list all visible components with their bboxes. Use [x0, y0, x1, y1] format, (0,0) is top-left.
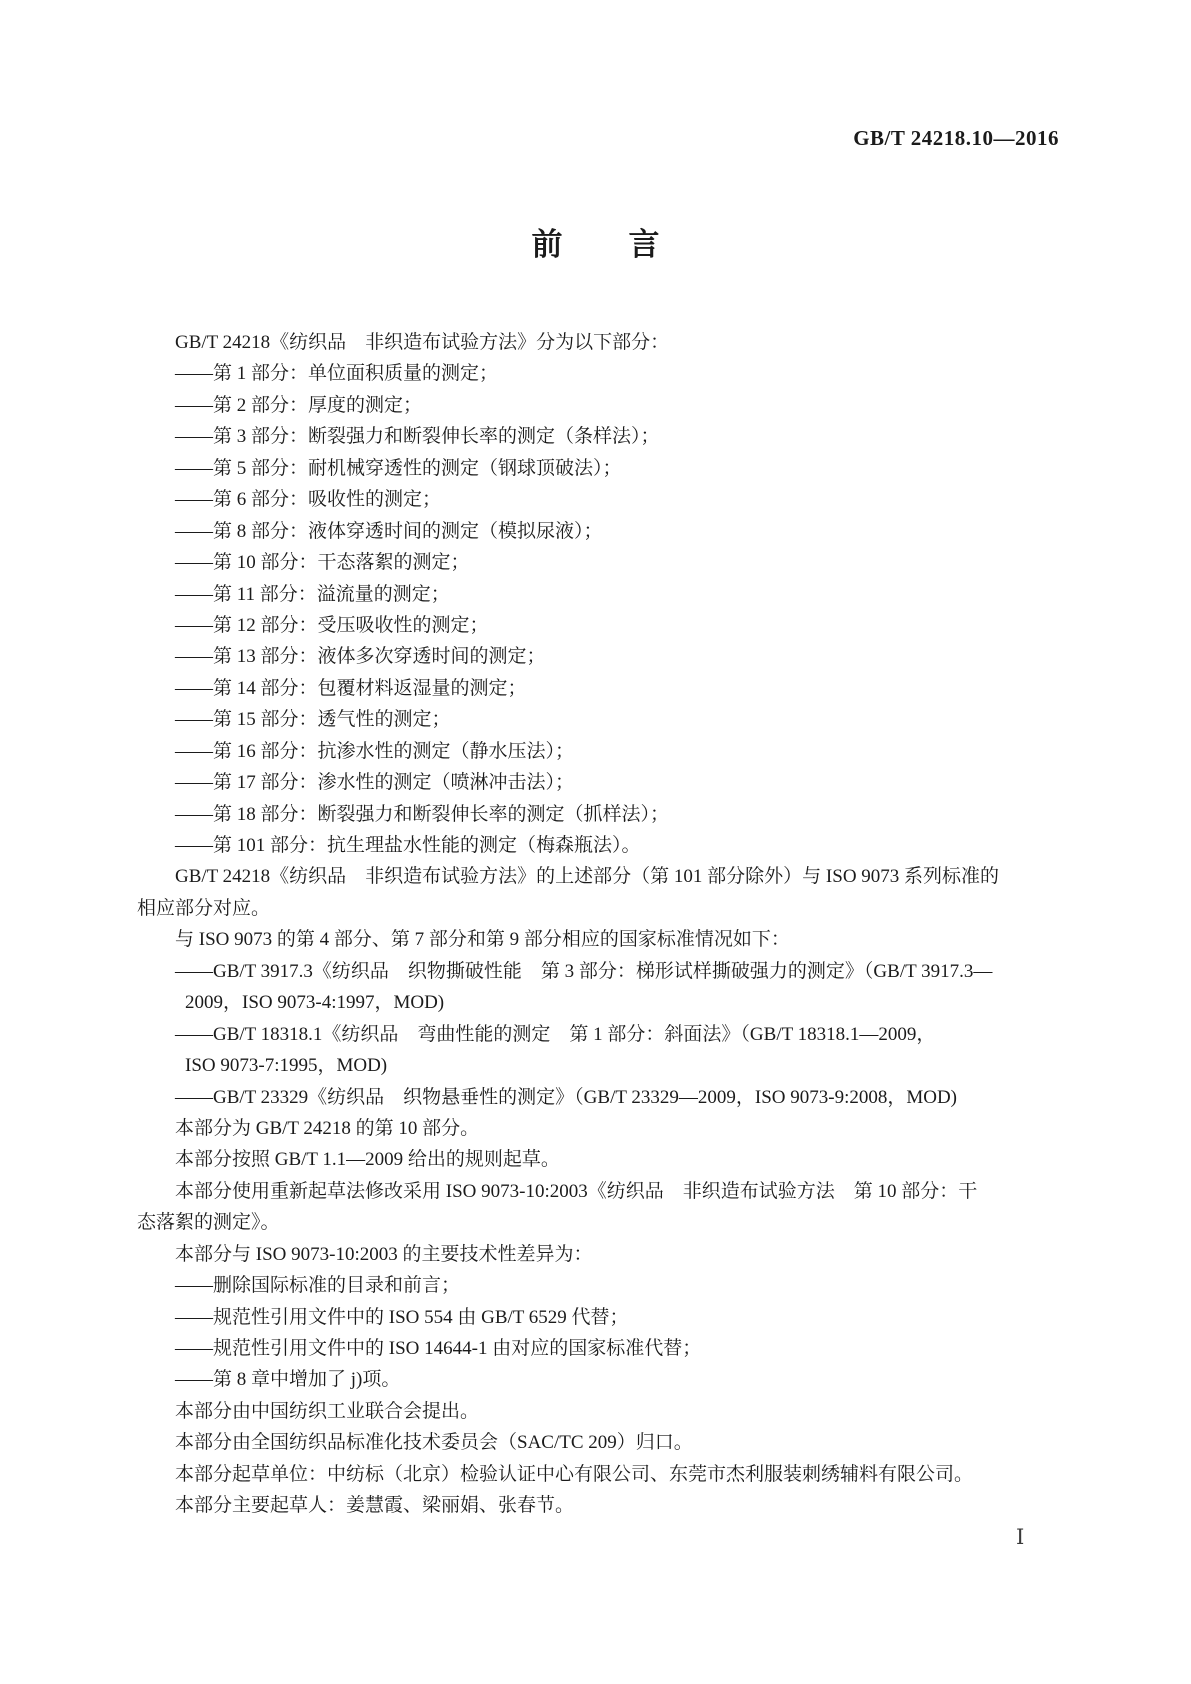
text-line: ——第 8 章中增加了 j)项。 — [137, 1364, 1062, 1395]
text-line: ——第 2 部分：厚度的测定； — [137, 390, 1062, 421]
page-title: 前言 — [0, 228, 1191, 262]
text-line: 2009，ISO 9073-4:1997，MOD) — [137, 987, 1062, 1018]
text-line: 本部分由中国纺织工业联合会提出。 — [137, 1396, 1062, 1427]
text-line: ——规范性引用文件中的 ISO 554 由 GB/T 6529 代替； — [137, 1302, 1062, 1333]
text-line: 本部分使用重新起草法修改采用 ISO 9073-10:2003《纺织品 非织造布… — [137, 1176, 1062, 1207]
text-line: ——第 18 部分：断裂强力和断裂伸长率的测定（抓样法）； — [137, 799, 1062, 830]
text-line: ISO 9073-7:1995，MOD) — [137, 1050, 1062, 1081]
text-line: 本部分由全国纺织品标准化技术委员会（SAC/TC 209）归口。 — [137, 1427, 1062, 1458]
text-line: ——第 11 部分：溢流量的测定； — [137, 579, 1062, 610]
text-line: 本部分主要起草人：姜慧霞、梁丽娟、张春节。 — [137, 1490, 1062, 1521]
text-line: GB/T 24218《纺织品 非织造布试验方法》的上述部分（第 101 部分除外… — [137, 861, 1062, 892]
text-line: ——GB/T 23329《纺织品 织物悬垂性的测定》（GB/T 23329—20… — [137, 1082, 1062, 1113]
text-line: ——第 10 部分：干态落絮的测定； — [137, 547, 1062, 578]
text-line: 本部分起草单位：中纺标（北京）检验认证中心有限公司、东莞市杰利服装刺绣辅料有限公… — [137, 1459, 1062, 1490]
document-page: GB/T 24218.10—2016 前言 GB/T 24218《纺织品 非织造… — [0, 0, 1191, 1684]
text-line: ——第 16 部分：抗渗水性的测定（静水压法）； — [137, 736, 1062, 767]
body-text: GB/T 24218《纺织品 非织造布试验方法》分为以下部分：——第 1 部分：… — [137, 327, 1062, 1522]
text-line: 与 ISO 9073 的第 4 部分、第 7 部分和第 9 部分相应的国家标准情… — [137, 924, 1062, 955]
text-line: ——第 8 部分：液体穿透时间的测定（模拟尿液）； — [137, 516, 1062, 547]
text-line: ——第 3 部分：断裂强力和断裂伸长率的测定（条样法）； — [137, 421, 1062, 452]
text-line: ——第 12 部分：受压吸收性的测定； — [137, 610, 1062, 641]
text-line: 相应部分对应。 — [137, 893, 1062, 924]
text-line: 本部分为 GB/T 24218 的第 10 部分。 — [137, 1113, 1062, 1144]
text-line: ——第 14 部分：包覆材料返湿量的测定； — [137, 673, 1062, 704]
standard-number: GB/T 24218.10—2016 — [853, 126, 1059, 151]
text-line: ——删除国际标准的目录和前言； — [137, 1270, 1062, 1301]
text-line: ——第 15 部分：透气性的测定； — [137, 704, 1062, 735]
text-line: 本部分与 ISO 9073-10:2003 的主要技术性差异为： — [137, 1239, 1062, 1270]
text-line: ——第 17 部分：渗水性的测定（喷淋冲击法）； — [137, 767, 1062, 798]
text-line: 本部分按照 GB/T 1.1—2009 给出的规则起草。 — [137, 1144, 1062, 1175]
text-line: ——规范性引用文件中的 ISO 14644-1 由对应的国家标准代替； — [137, 1333, 1062, 1364]
text-line: ——GB/T 18318.1《纺织品 弯曲性能的测定 第 1 部分：斜面法》（G… — [137, 1019, 1062, 1050]
text-line: ——第 6 部分：吸收性的测定； — [137, 484, 1062, 515]
text-line: ——第 5 部分：耐机械穿透性的测定（钢球顶破法）； — [137, 453, 1062, 484]
text-line: 态落絮的测定》。 — [137, 1207, 1062, 1238]
text-line: ——第 1 部分：单位面积质量的测定； — [137, 358, 1062, 389]
text-line: ——GB/T 3917.3《纺织品 织物撕破性能 第 3 部分：梯形试样撕破强力… — [137, 956, 1062, 987]
text-line: GB/T 24218《纺织品 非织造布试验方法》分为以下部分： — [137, 327, 1062, 358]
text-line: ——第 101 部分：抗生理盐水性能的测定（梅森瓶法）。 — [137, 830, 1062, 861]
text-line: ——第 13 部分：液体多次穿透时间的测定； — [137, 641, 1062, 672]
page-number: Ⅰ — [1016, 1525, 1024, 1550]
